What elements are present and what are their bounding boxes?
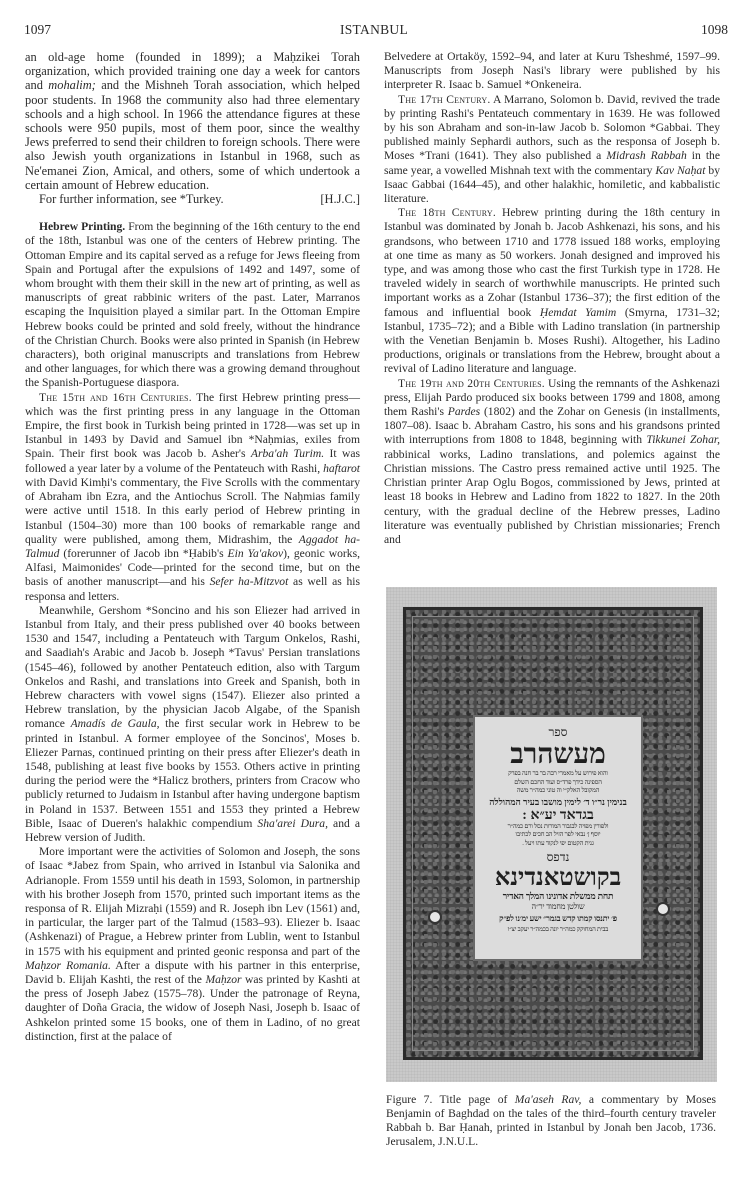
paragraph-jabez: More important were the activities of So… (25, 845, 360, 1044)
running-header: 1097 ISTANBUL 1098 (20, 22, 728, 38)
paragraph-community: an old-age home (founded in 1899); a Maḥ… (25, 50, 360, 192)
subheading-18th-century: The 18th Century. (398, 206, 496, 219)
right-column: Belvedere at Ortaköy, 1592–94, and later… (384, 50, 720, 547)
see-also-turkey[interactable]: For further information, see *Turkey. (39, 192, 224, 206)
title-panel: ספר מעשהרב והוא פירוש על מאמרי רבה בר בר… (473, 715, 643, 961)
hebrew-city-name: בקושטאנדינא (475, 865, 641, 891)
figure-7-title-page-image: ספר מעשהרב והוא פירוש על מאמרי רבה בר בר… (386, 587, 717, 1082)
paragraph-19-20-centuries: The 19th and 20th Centuries. Using the r… (384, 377, 720, 547)
author-initials: [H.J.C.] (320, 192, 360, 206)
hebrew-book-title: מעשהרב (475, 740, 641, 770)
section-heading-hebrew-printing: Hebrew Printing. (39, 220, 125, 233)
ornamental-border: ספר מעשהרב והוא פירוש על מאמרי רבה בר בר… (403, 607, 703, 1060)
paragraph-soncino: Meanwhile, Gershom *Soncino and his son … (25, 604, 360, 845)
subheading-17th-century: The 17th Century. (398, 93, 490, 106)
left-column: an old-age home (founded in 1899); a Maḥ… (25, 50, 360, 1044)
paragraph-15-16-centuries: The 15th and 16th Centuries. The first H… (25, 391, 360, 604)
page-number-right: 1098 (701, 22, 728, 38)
subheading-19-20-centuries: The 19th and 20th Centuries. (398, 377, 545, 390)
paragraph-hebrew-printing: Hebrew Printing. From the beginning of t… (25, 220, 360, 390)
rosette-ornament-icon (428, 910, 442, 924)
paragraph-17th-century: The 17th Century. A Marrano, Solomon b. … (384, 93, 720, 207)
subheading-15-16-centuries: The 15th and 16th Centuries. (39, 391, 192, 404)
paragraph-continuation: Belvedere at Ortaköy, 1592–94, and later… (384, 50, 720, 93)
paragraph-18th-century: The 18th Century. Hebrew printing during… (384, 206, 720, 376)
figure-caption: Figure 7. Title page of Ma'aseh Rav, a c… (386, 1093, 716, 1149)
rosette-ornament-icon (656, 902, 670, 916)
running-title: ISTANBUL (20, 22, 728, 38)
further-information: For further information, see *Turkey. [H… (25, 192, 360, 206)
